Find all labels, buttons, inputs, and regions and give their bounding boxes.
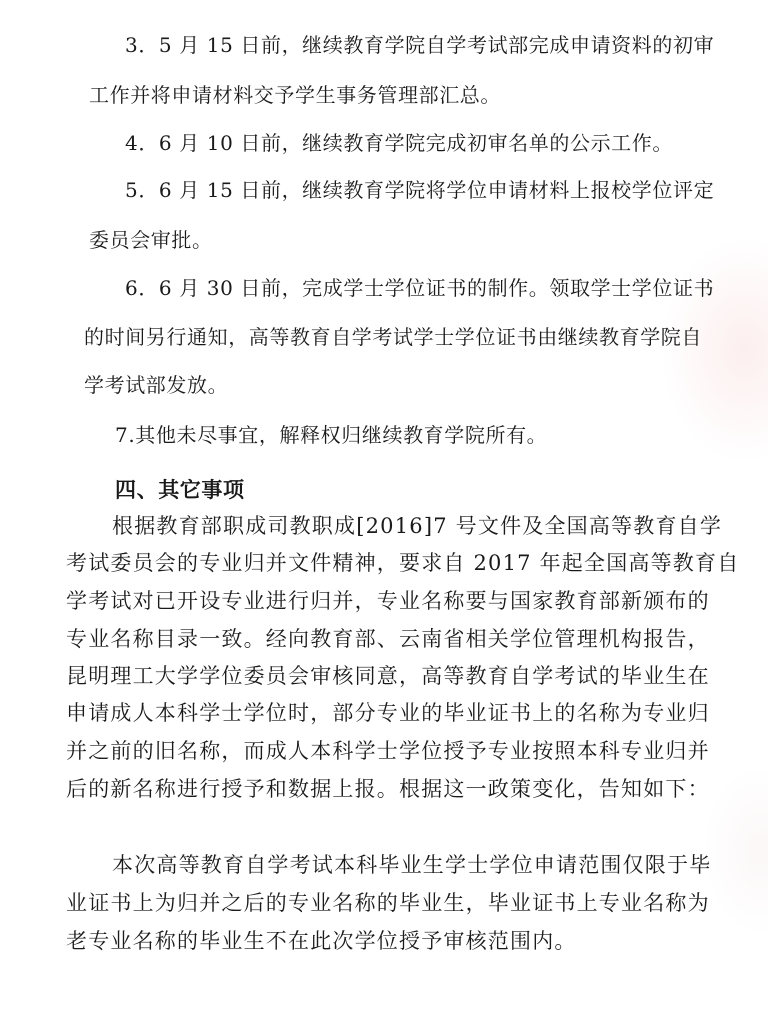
paragraph-1-line-1: 根据教育部职成司教职成[2016]7 号文件及全国高等教育自学 (112, 514, 722, 538)
paragraph-1-line-3: 学考试对已开设专业进行归并，专业名称要与国家教育部新颁布的 (66, 589, 710, 613)
item-6-line-3: 学考试部发放。 (84, 373, 228, 397)
item-3-line-2: 工作并将申请材料交予学生事务管理部汇总。 (89, 83, 501, 107)
paragraph-2-line-2: 业证书上为归并之后的专业名称的毕业生，毕业证书上专业名称为 (66, 891, 710, 915)
item-3-line-1: 3．5 月 15 日前，继续教育学院自学考试部完成申请资料的初审 (125, 33, 714, 57)
paragraph-1-line-4: 专业名称目录一致。经向教育部、云南省相关学位管理机构报告， (66, 627, 710, 651)
item-6-line-1: 6．6 月 30 日前，完成学士学位证书的制作。领取学士学位证书 (125, 276, 714, 300)
section-four-heading: 四、其它事项 (115, 478, 245, 502)
item-5-line-1: 5．6 月 15 日前，继续教育学院将学位申请材料上报校学位评定 (125, 178, 714, 202)
item-4-line-1: 4．6 月 10 日前，继续教育学院完成初审名单的公示工作。 (125, 131, 673, 155)
item-7-line-1: 7.其他未尽事宜，解释权归继续教育学院所有。 (115, 423, 547, 447)
paragraph-1-line-8: 后的新名称进行授予和数据上报。根据这一政策变化，告知如下： (66, 777, 710, 801)
item-5-line-2: 委员会审批。 (89, 228, 213, 252)
paragraph-1-line-2: 考试委员会的专业归并文件精神，要求自 2017 年起全国高等教育自 (66, 551, 739, 575)
paragraph-2-line-3: 老专业名称的毕业生不在此次学位授予审核范围内。 (66, 929, 577, 953)
paragraph-1-line-5: 昆明理工大学学位委员会审核同意，高等教育自学考试的毕业生在 (66, 664, 710, 688)
item-6-line-2: 的时间另行通知，高等教育自学考试学士学位证书由继续教育学院自 (84, 325, 702, 349)
paragraph-1-line-6: 申请成人本科学士学位时，部分专业的毕业证书上的名称为专业归 (66, 701, 710, 725)
paragraph-2-line-1: 本次高等教育自学考试本科毕业生学士学位申请范围仅限于毕 (112, 853, 711, 877)
scanned-document-page: 3．5 月 15 日前，继续教育学院自学考试部完成申请资料的初审 工作并将申请材… (0, 0, 768, 1024)
paragraph-1-line-7: 并之前的旧名称，而成人本科学士学位授予专业按照本科专业归并 (66, 739, 710, 763)
